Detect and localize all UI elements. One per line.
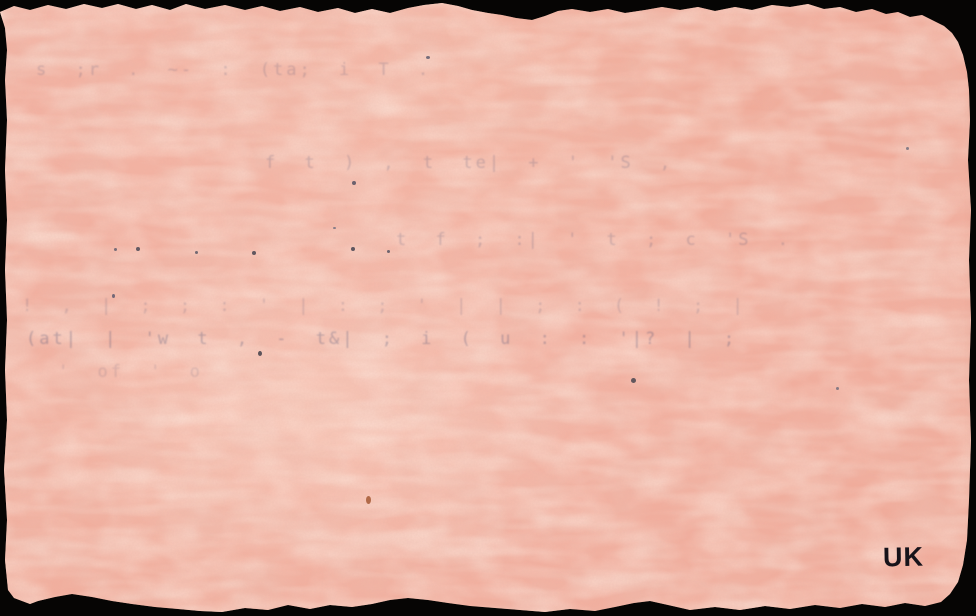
ghost-text-line-1: s ;r . ~- : (ta; i T . bbox=[36, 60, 431, 80]
paper-speck bbox=[333, 227, 336, 229]
pink-card-paper: s ;r . ~- : (ta; i T . f t ) , t te| + '… bbox=[0, 0, 976, 616]
paper-speck bbox=[387, 250, 390, 253]
ghost-text-line-5: (at| | 'w t , - t&| ; i ( u : : '|? | ; bbox=[26, 329, 737, 349]
ghost-text-line-2: f t ) , t te| + ' 'S , bbox=[265, 153, 673, 173]
scanned-card: s ;r . ~- : (ta; i T . f t ) , t te| + '… bbox=[0, 0, 976, 616]
paper-speck bbox=[906, 147, 909, 150]
paper-speck bbox=[352, 181, 356, 185]
paper-speck bbox=[136, 247, 140, 251]
paper-speck bbox=[112, 294, 115, 298]
paper-speck bbox=[252, 251, 256, 255]
paper-speck bbox=[195, 251, 198, 254]
paper-speck bbox=[351, 247, 355, 251]
paper-speck bbox=[426, 56, 430, 59]
ghost-text-line-6: ' of ' o bbox=[58, 362, 203, 382]
paper-speck bbox=[836, 387, 839, 390]
paper-speck bbox=[631, 378, 636, 383]
paper-speck bbox=[114, 248, 117, 251]
paper-speck bbox=[258, 351, 262, 356]
ghost-text-line-3: t f ; :| ' t ; c 'S . bbox=[396, 230, 791, 250]
ghost-text-line-4: ! , | ; ; : ' | : ; ' | | ; : ( ! ; | bbox=[22, 296, 746, 316]
uk-marking-label: UK bbox=[883, 543, 924, 572]
paper-speck bbox=[366, 496, 371, 504]
